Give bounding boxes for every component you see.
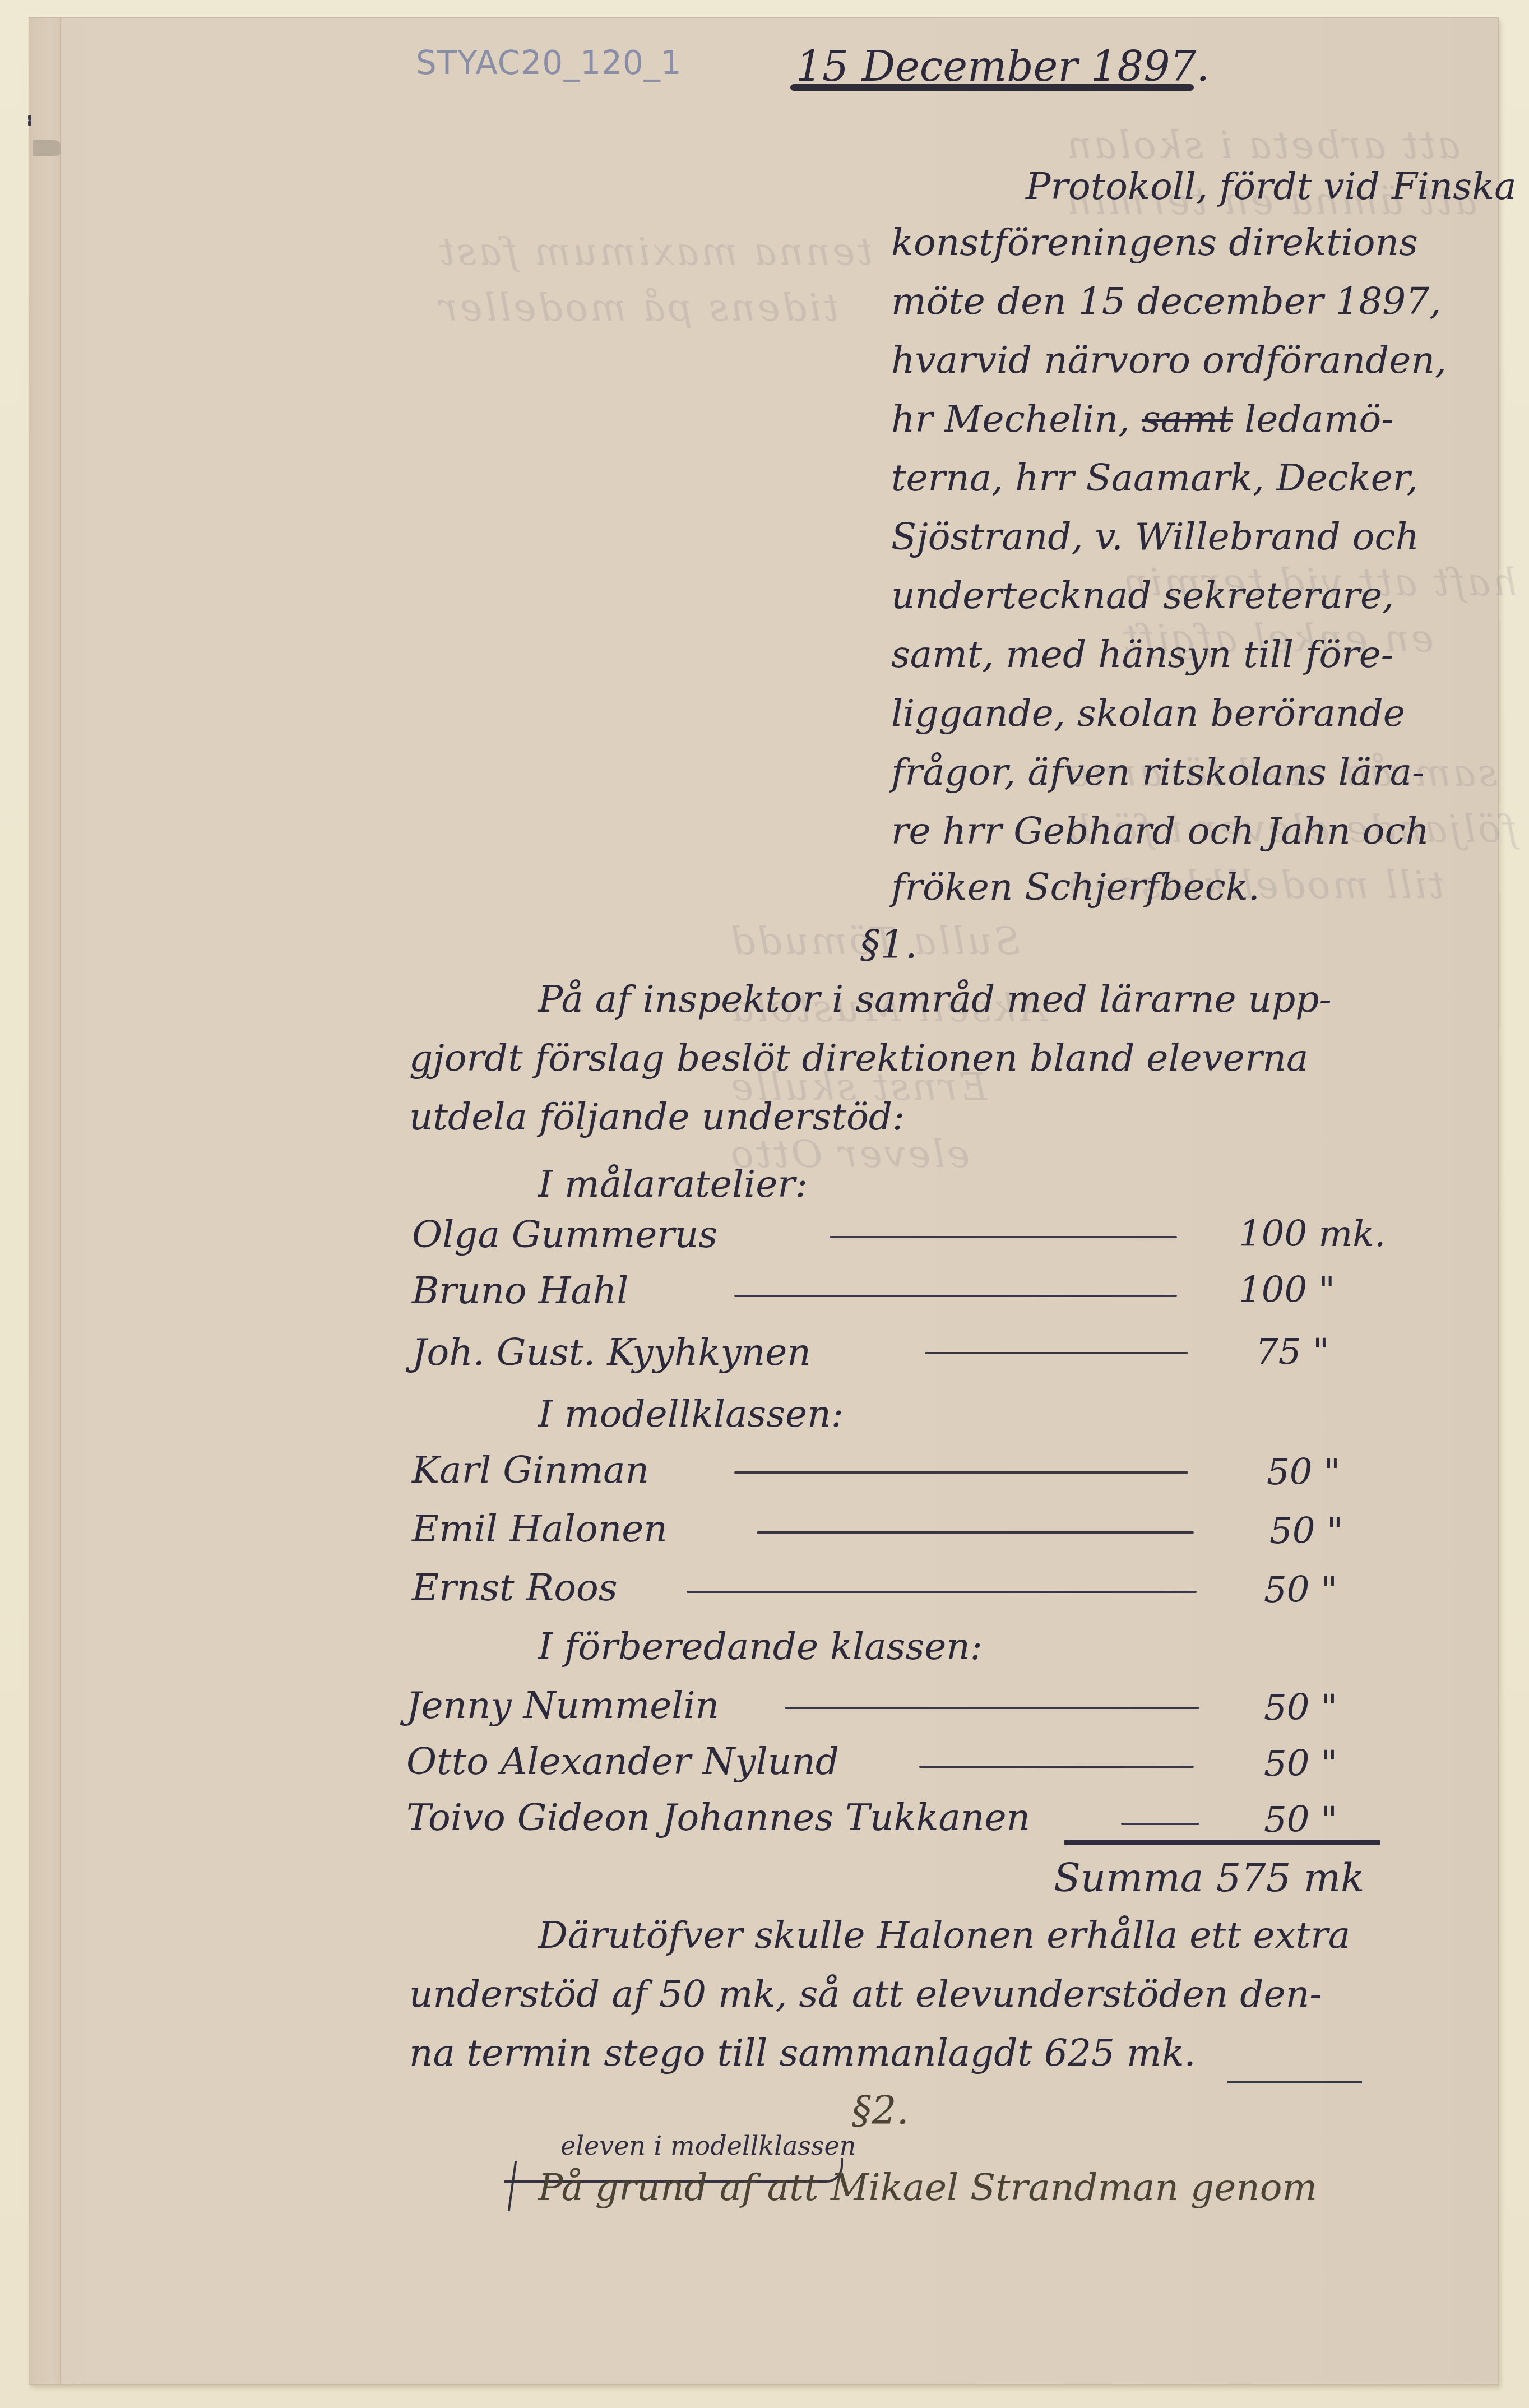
leader-line: [1121, 1823, 1199, 1825]
grand-total-underline: [1227, 2081, 1362, 2083]
preamble-line: konstföreningens direktions: [891, 224, 1418, 261]
stipend-recipient-name: Bruno Hahl: [412, 1272, 628, 1309]
stipend-amount: 75 ": [1255, 1334, 1329, 1370]
group-heading: I målaratelier:: [538, 1166, 808, 1203]
preamble-line: hr Mechelin, samt ledamö-: [891, 401, 1394, 438]
preamble-line: Protokoll, fördt vid Finska: [1026, 168, 1517, 205]
preamble-text: ledamö-: [1244, 397, 1393, 441]
stipend-recipient-name: Ernst Roos: [412, 1569, 618, 1606]
group-heading: I förberedande klassen:: [538, 1628, 983, 1665]
closing-line: na termin stego till sammanlagdt 625 mk.: [409, 2035, 1196, 2072]
leader-line: [757, 1531, 1194, 1534]
stipend-recipient-name: Olga Gummerus: [412, 1216, 717, 1253]
leader-line: [785, 1707, 1199, 1709]
section-2-first-line: På grund af att Mikael Strandman genom: [538, 2169, 1317, 2206]
stipend-amount: 100 mk.: [1239, 1216, 1386, 1252]
date-heading: 15 December 1897.: [796, 46, 1210, 87]
preamble-line: Sjöstrand, v. Willebrand och: [891, 518, 1419, 555]
date-underline: [790, 84, 1194, 91]
grand-total: 625 mk.: [1044, 2031, 1196, 2074]
stipend-amount: 50 ": [1264, 1746, 1337, 1782]
leader-line: [734, 1471, 1188, 1474]
leader-line: [687, 1591, 1197, 1593]
closing-text: na termin stego till sammanlagdt: [409, 2031, 1032, 2074]
leader-line: [734, 1295, 1177, 1297]
stipend-recipient-name: Joh. Gust. Kyyhkynen: [412, 1334, 811, 1371]
struck-out-word: samt: [1142, 397, 1233, 441]
binding-mark: [28, 121, 31, 126]
preamble-line: möte den 15 december 1897,: [891, 283, 1441, 320]
group-heading: I modellklassen:: [538, 1396, 844, 1433]
stipend-amount: 50 ": [1264, 1572, 1337, 1608]
stipend-recipient-name: Otto Alexander Nylund: [406, 1743, 839, 1780]
stipend-amount: 100 ": [1239, 1272, 1335, 1308]
preamble-text: hr Mechelin,: [891, 397, 1130, 441]
section-mark-1: §1.: [860, 925, 918, 964]
stipend-total: Summa 575 mk: [1054, 1858, 1364, 1897]
stipend-amount: 50 ": [1264, 1802, 1337, 1838]
stipend-amount: 50 ": [1269, 1513, 1343, 1549]
binding-mark: [28, 115, 31, 121]
section-intro-line: utdela följande understöd:: [409, 1099, 905, 1136]
closing-line: understöd af 50 mk, så att elevunderstöd…: [409, 1976, 1322, 2013]
section-mark-2: §2.: [852, 2091, 909, 2130]
bleed-through-line: tidens på modeller: [437, 286, 838, 330]
section-intro-line: gjordt förslag beslöt direktionen bland …: [409, 1040, 1308, 1077]
preamble-line: samt, med hänsyn till före-: [891, 636, 1393, 673]
bleed-through-line: tenna maximum fast: [437, 230, 873, 274]
preamble-line: hvarvid närvoro ordföranden,: [891, 342, 1447, 379]
preamble-line: undertecknad sekreterare,: [891, 577, 1394, 614]
stipend-amount: 50 ": [1267, 1455, 1340, 1490]
bleed-through-line: att arbeta i skolan: [1065, 123, 1461, 168]
paper-tear-mark: [33, 140, 61, 156]
stipend-recipient-name: Emil Halonen: [412, 1511, 668, 1548]
stipend-recipient-name: Karl Ginman: [412, 1452, 649, 1489]
archive-reference-id: STYAC20_120_1: [416, 44, 682, 82]
preamble-line: liggande, skolan berörande: [891, 695, 1405, 732]
sum-rule: [1064, 1840, 1380, 1845]
leader-line: [830, 1236, 1177, 1238]
interlinear-insertion: eleven i modellklassen: [560, 2133, 856, 2159]
leader-line: [925, 1352, 1188, 1354]
preamble-line: terna, hrr Saamark, Decker,: [891, 460, 1418, 497]
stipend-amount: 50 ": [1264, 1690, 1337, 1726]
stipend-recipient-name: Jenny Nummelin: [406, 1687, 719, 1724]
leader-line: [919, 1766, 1194, 1768]
preamble-line: frågor, äfven ritskolans lära-: [891, 754, 1424, 791]
section-intro-line: På af inspektor i samråd med lärarne upp…: [538, 981, 1332, 1018]
closing-line: Därutöfver skulle Halonen erhålla ett ex…: [538, 1917, 1350, 1954]
preamble-line: re hrr Gebhard och Jahn och: [891, 813, 1429, 850]
stipend-recipient-name: Toivo Gideon Johannes Tukkanen: [406, 1799, 1030, 1836]
preamble-line: fröken Schjerfbeck.: [891, 869, 1260, 906]
